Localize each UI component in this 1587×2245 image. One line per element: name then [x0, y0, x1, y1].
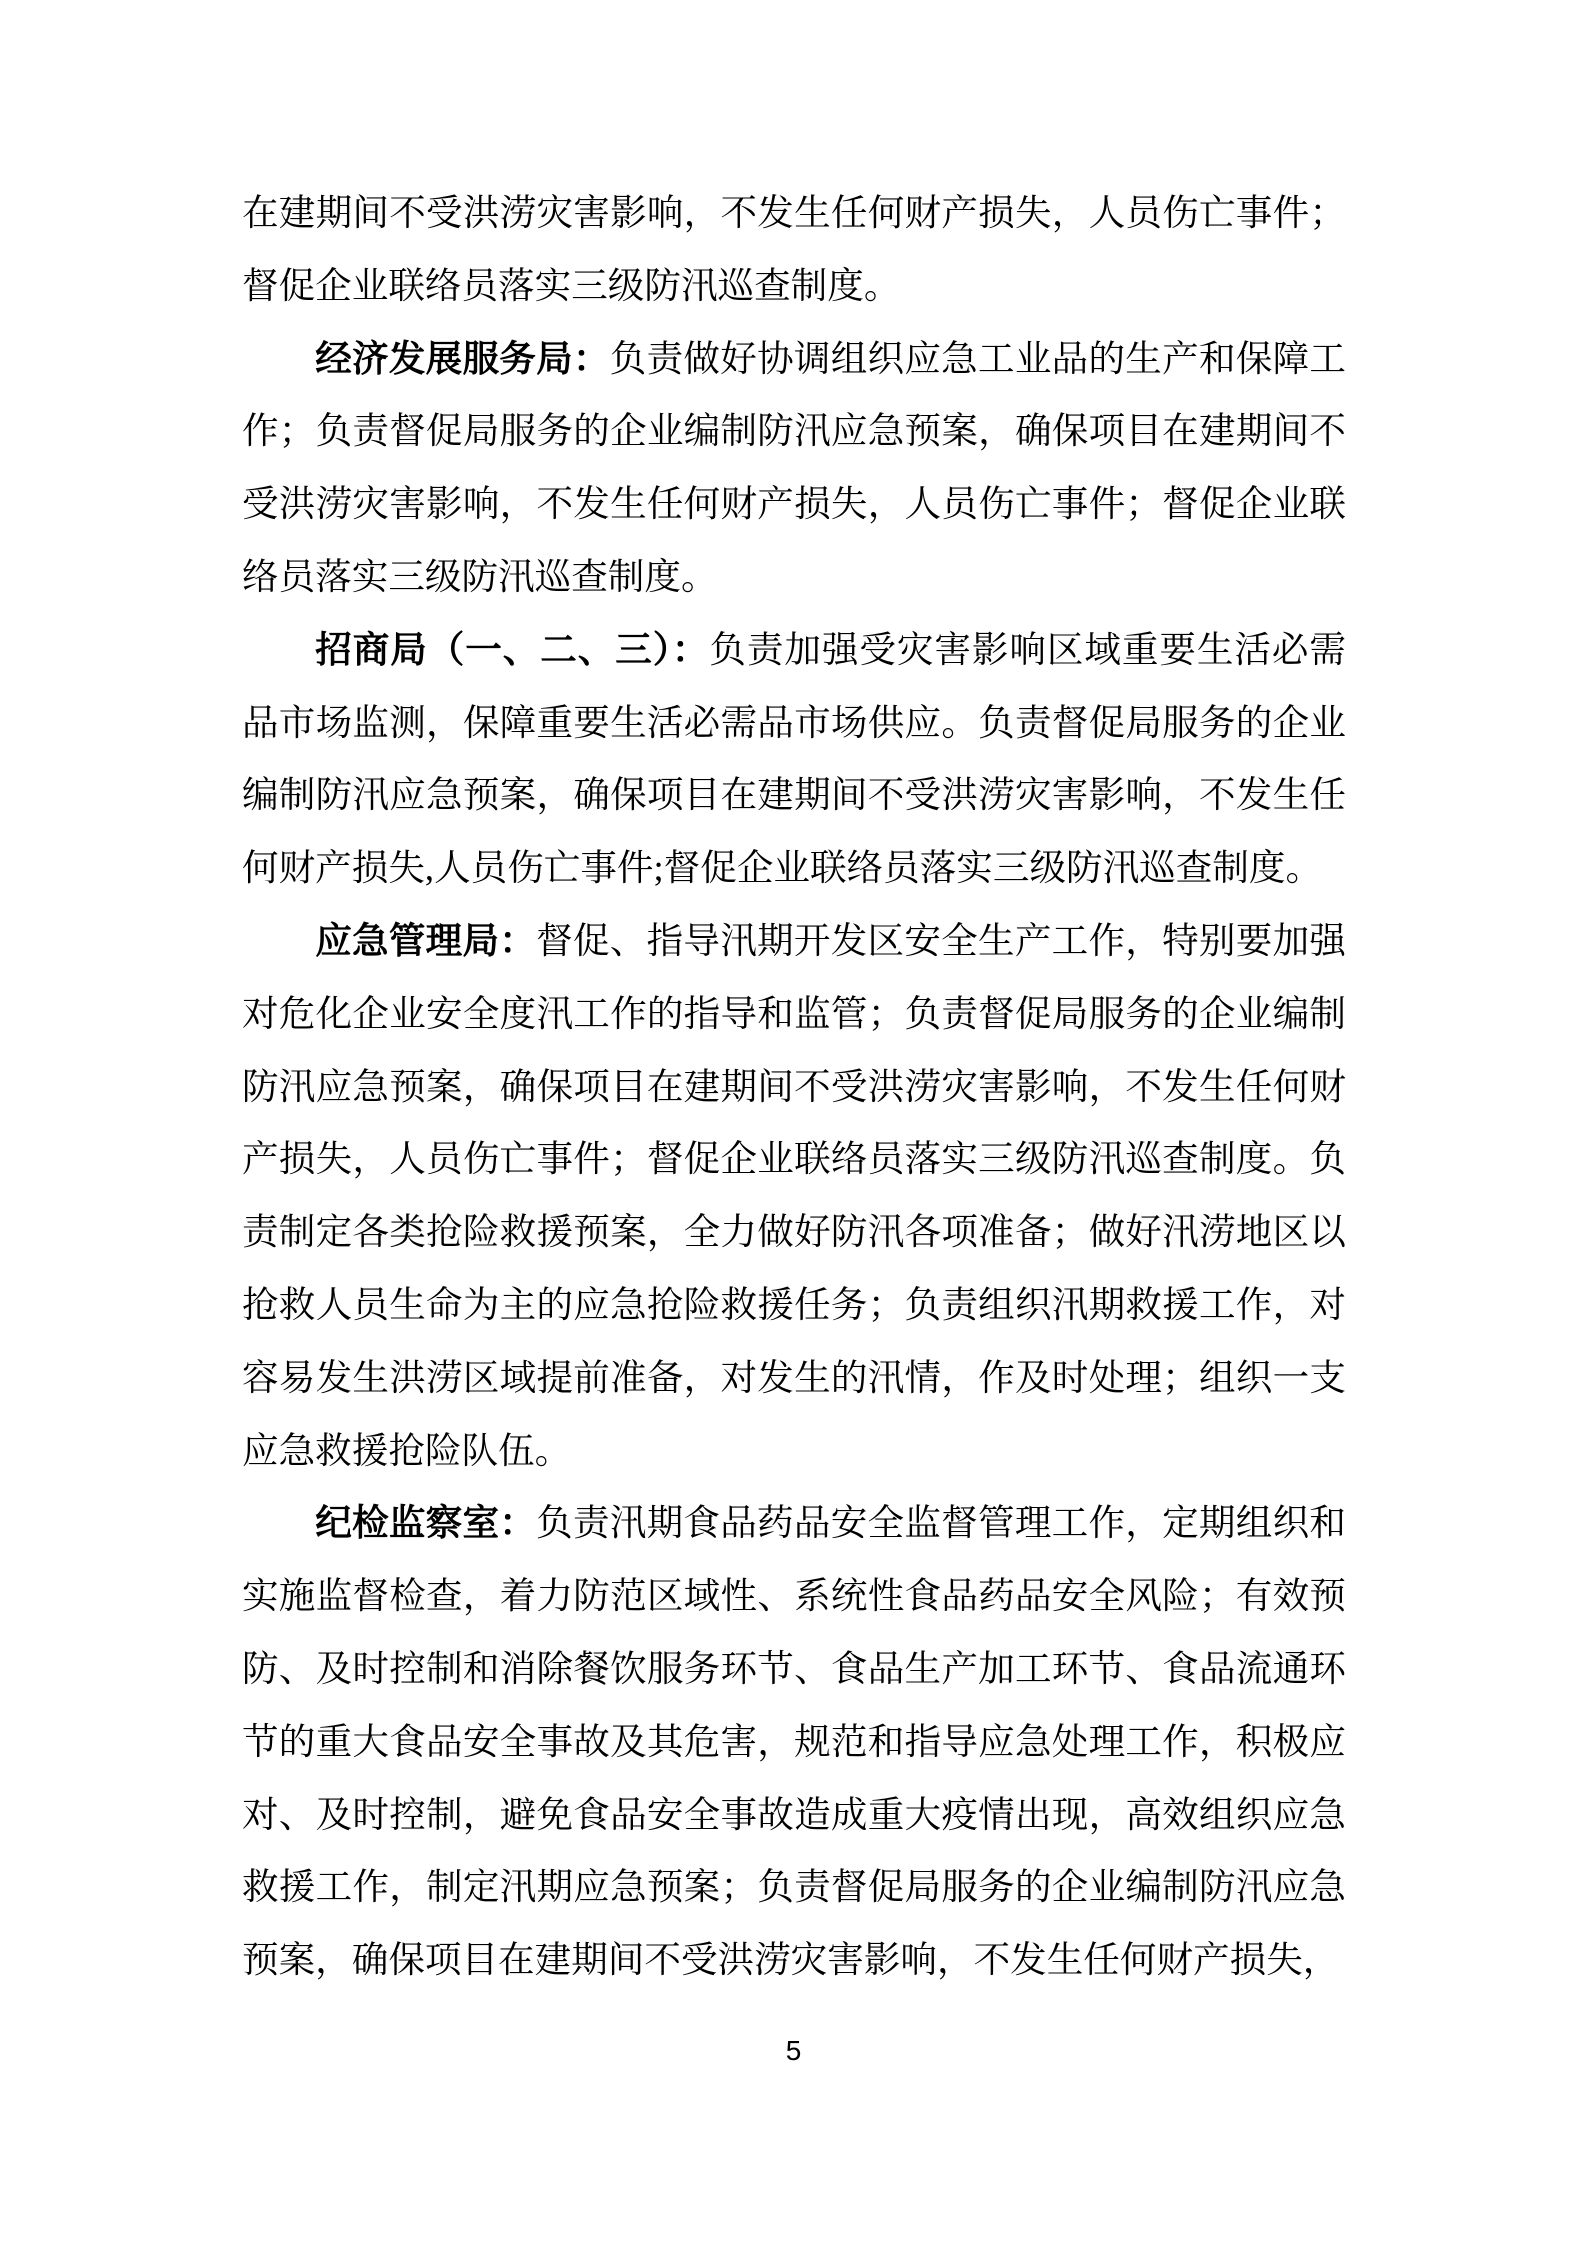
paragraph: 应急管理局：督促、指导汛期开发区安全生产工作，特别要加强对危化企业安全度汛工作的… [242, 905, 1346, 1487]
paragraph-text: 在建期间不受洪涝灾害影响，不发生任何财产损失，人员伤亡事件；督促企业联络员落实三… [242, 192, 1346, 306]
paragraph: 经济发展服务局：负责做好协调组织应急工业品的生产和保障工作；负责督促局服务的企业… [242, 323, 1346, 614]
paragraph-text: 督促、指导汛期开发区安全生产工作，特别要加强对危化企业安全度汛工作的指导和监管；… [242, 920, 1346, 1471]
paragraph-lead: 经济发展服务局： [315, 338, 610, 379]
page-number: 5 [0, 2036, 1587, 2067]
document-page: 在建期间不受洪涝灾害影响，不发生任何财产损失，人员伤亡事件；督促企业联络员落实三… [0, 0, 1587, 2245]
paragraph-lead: 招商局（一、二、三）： [315, 629, 709, 670]
paragraph-text: 负责汛期食品药品安全监督管理工作，定期组织和实施监督检查，着力防范区域性、系统性… [242, 1502, 1346, 1980]
paragraph-lead: 纪检监察室： [315, 1502, 536, 1543]
paragraph: 招商局（一、二、三）：负责加强受灾害影响区域重要生活必需品市场监测，保障重要生活… [242, 614, 1346, 905]
document-body: 在建期间不受洪涝灾害影响，不发生任何财产损失，人员伤亡事件；督促企业联络员落实三… [242, 177, 1346, 1997]
paragraph: 纪检监察室：负责汛期食品药品安全监督管理工作，定期组织和实施监督检查，着力防范区… [242, 1487, 1346, 1997]
paragraph-lead: 应急管理局： [315, 920, 536, 961]
paragraph: 在建期间不受洪涝灾害影响，不发生任何财产损失，人员伤亡事件；督促企业联络员落实三… [242, 177, 1346, 323]
